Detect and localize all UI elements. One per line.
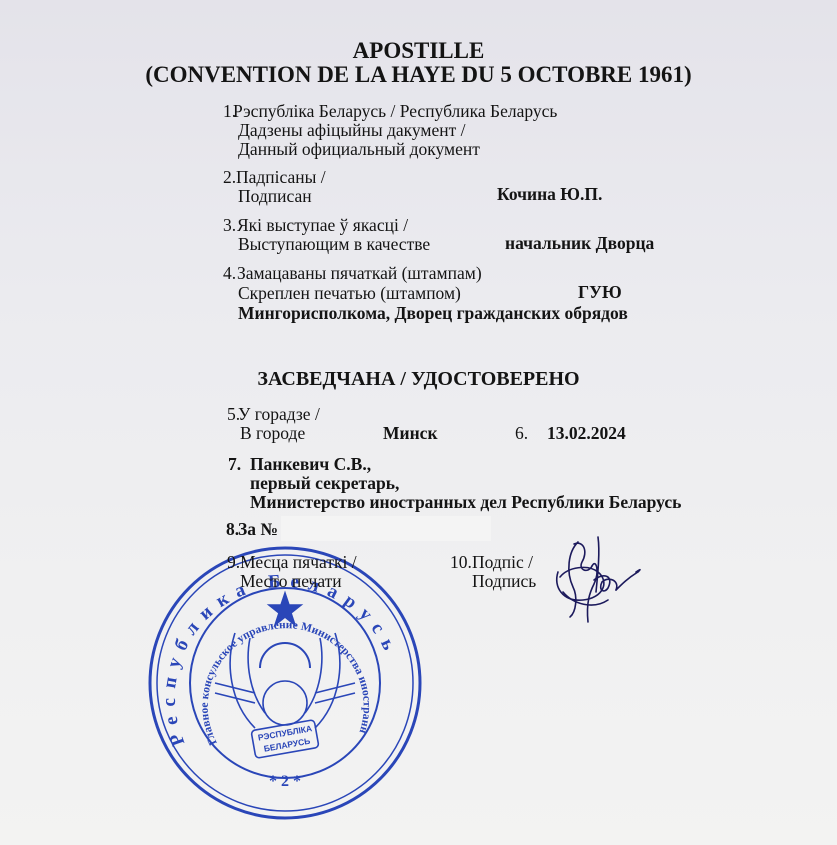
field-number: 6. xyxy=(515,424,528,443)
signed-label-ru: Подписан xyxy=(238,187,312,206)
capacity-label-ru: Выступающим в качестве xyxy=(238,235,430,254)
number-label: За № xyxy=(238,520,278,539)
seal-label-be: Замацаваны пячаткай (штампам) xyxy=(237,264,482,283)
officer-position: первый секретарь, xyxy=(250,474,399,493)
seal-place-label-ru: Место печати xyxy=(240,572,342,591)
field-number: 4. xyxy=(223,264,236,283)
signature-label-ru: Подпись xyxy=(472,572,536,591)
document-label-be: Дадзены афіцыйны дакумент / xyxy=(238,121,466,140)
signed-label-be: Падпісаны / xyxy=(236,168,326,187)
field-number: 10. xyxy=(450,553,472,572)
city-label-be: У горадзе / xyxy=(238,405,320,424)
document-label-ru: Данный официальный документ xyxy=(238,140,480,159)
city-value: Минск xyxy=(383,424,438,443)
document-subtitle: (CONVENTION DE LA HAYE DU 5 OCTOBRE 1961… xyxy=(0,62,837,88)
field-number: 3. xyxy=(223,216,236,235)
field-number: 9. xyxy=(227,553,240,572)
seal-value-1: ГУЮ xyxy=(578,283,622,302)
city-label-ru: В городе xyxy=(240,424,305,443)
field-number: 7. xyxy=(228,455,241,474)
seal-place-label-be: Месца пячаткі / xyxy=(240,553,357,572)
seal-label-ru: Скреплен печатью (штампом) xyxy=(238,284,461,303)
signer-name: Кочина Ю.П. xyxy=(497,185,602,204)
country-line: Рэспубліка Беларусь / Республика Беларус… xyxy=(233,102,557,121)
stamp-number: * 2 * xyxy=(269,773,301,790)
field-number: 2. xyxy=(223,168,236,187)
signature-scribble xyxy=(548,532,648,627)
document-title: APOSTILLE xyxy=(0,38,837,64)
officer-name: Панкевич С.В., xyxy=(250,455,371,474)
certified-heading: ЗАСВЕДЧАНА / УДОСТОВЕРЕНО xyxy=(0,368,837,391)
seal-value-2: Мингорисполкома, Дворец гражданских обря… xyxy=(238,304,628,323)
redacted-number xyxy=(281,516,491,541)
capacity-label-be: Які выступае ў якасці / xyxy=(237,216,408,235)
signature-label-be: Подпіс / xyxy=(472,553,533,572)
capacity-value: начальник Дворца xyxy=(505,234,654,253)
date-value: 13.02.2024 xyxy=(547,424,626,443)
officer-ministry: Министерство иностранных дел Республики … xyxy=(250,493,681,512)
